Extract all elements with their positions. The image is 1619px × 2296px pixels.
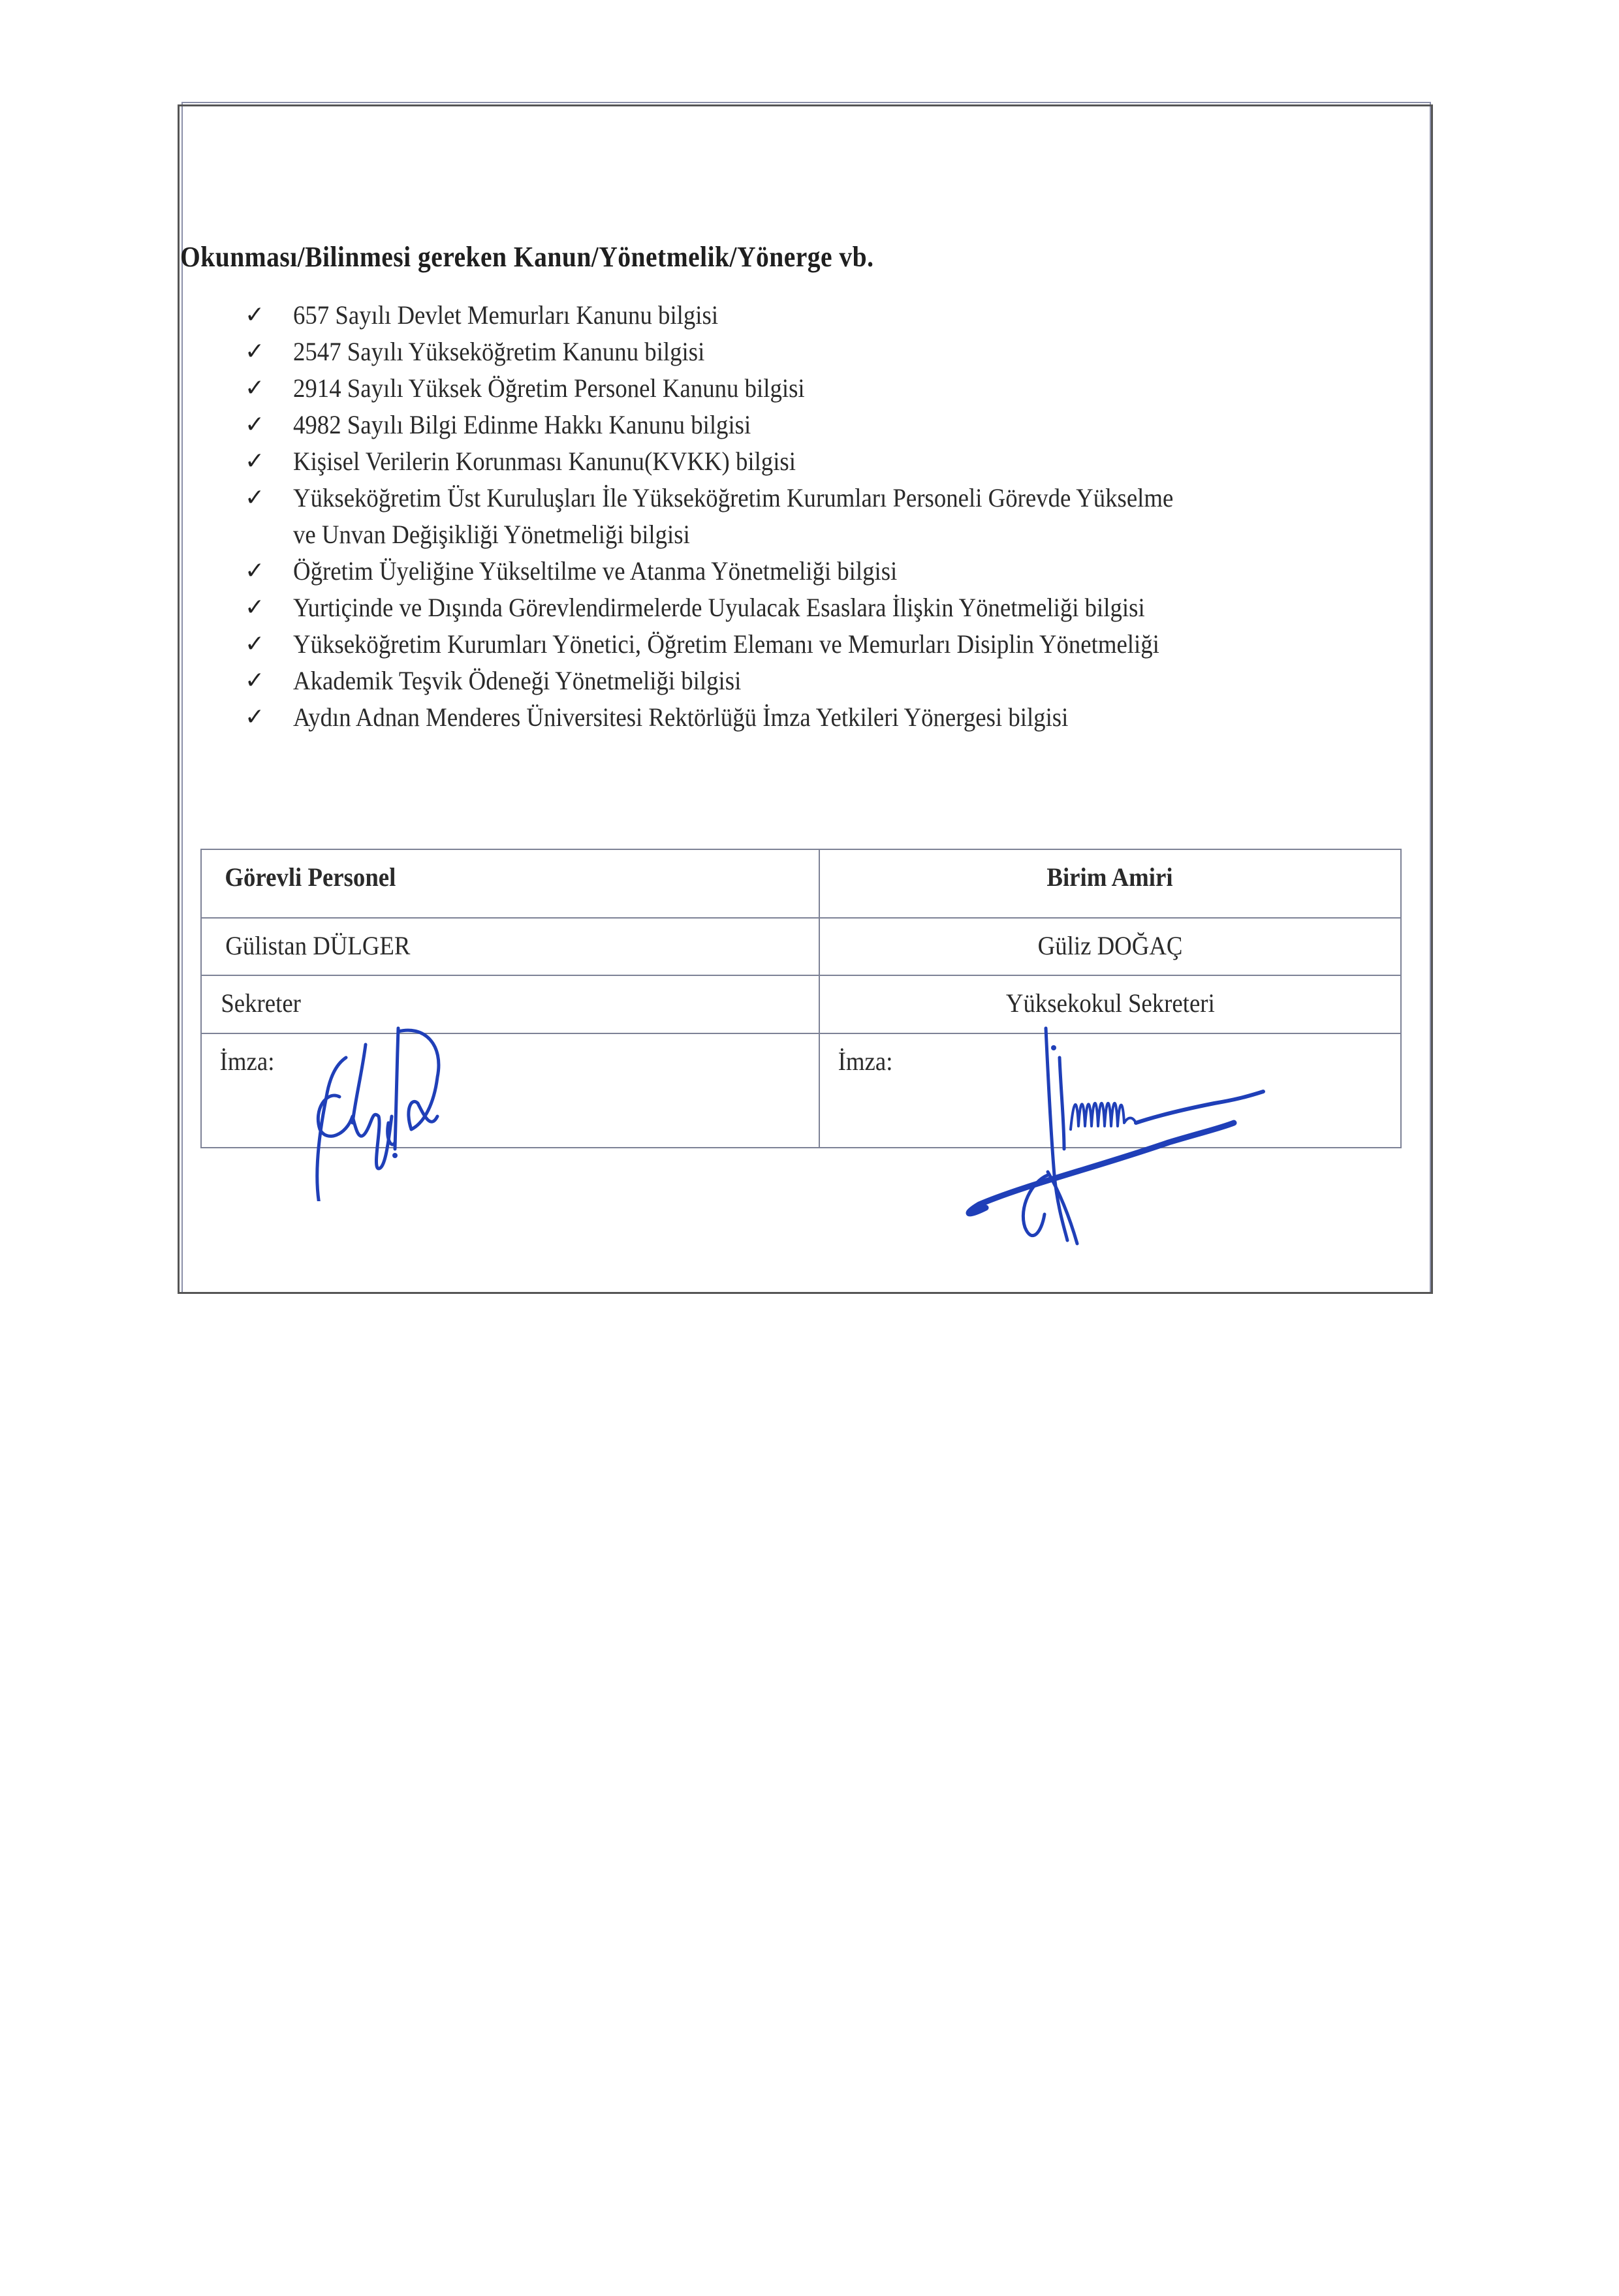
supervisor-name: Güliz DOĞAÇ: [1038, 930, 1183, 961]
list-item-text: 2914 Sayılı Yüksek Öğretim Personel Kanu…: [293, 370, 805, 407]
signature-table: Görevli Personel Birim Amiri Gülistan DÜ…: [200, 849, 1402, 1148]
section-title: Okunması/Bilinmesi gereken Kanun/Yönetme…: [180, 240, 874, 274]
list-item: ✓ Akademik Teşvik Ödeneği Yönetmeliği bi…: [245, 663, 1433, 699]
checkmark-icon: ✓: [245, 480, 264, 516]
supervisor-header-cell: Birim Amiri: [819, 849, 1401, 918]
list-item-text: Yükseköğretim Kurumları Yönetici, Öğreti…: [293, 626, 1159, 663]
list-item: ✓ Kişisel Verilerin Korunması Kanunu(KVK…: [245, 443, 1433, 480]
list-item: ✓ Yurtiçinde ve Dışında Görevlendirmeler…: [245, 590, 1433, 626]
checkmark-icon: ✓: [245, 297, 264, 334]
list-item-text: Kişisel Verilerin Korunması Kanunu(KVKK)…: [293, 443, 796, 480]
signature-table-signature-row: İmza: İmza:: [201, 1033, 1401, 1148]
list-item: ✓ Öğretim Üyeliğine Yükseltilme ve Atanm…: [245, 553, 1433, 590]
staff-header: Görevli Personel: [225, 862, 396, 892]
checkmark-icon: ✓: [245, 699, 264, 736]
list-item-text: Öğretim Üyeliğine Yükseltilme ve Atanma …: [293, 553, 897, 590]
staff-signature-label: İmza:: [220, 1046, 275, 1077]
checkmark-icon: ✓: [245, 663, 264, 699]
supervisor-title-cell: Yüksekokul Sekreteri: [819, 975, 1401, 1033]
list-item: ✓ Yükseköğretim Üst Kuruluşları İle Yüks…: [245, 480, 1433, 553]
staff-header-cell: Görevli Personel: [201, 849, 819, 918]
supervisor-header: Birim Amiri: [1047, 862, 1173, 892]
list-item: ✓ 657 Sayılı Devlet Memurları Kanunu bil…: [245, 297, 1433, 334]
list-item: ✓ 2547 Sayılı Yükseköğretim Kanunu bilgi…: [245, 334, 1433, 370]
regulation-checklist: ✓ 657 Sayılı Devlet Memurları Kanunu bil…: [245, 297, 1433, 736]
staff-title: Sekreter: [221, 988, 301, 1018]
list-item-text: 2547 Sayılı Yükseköğretim Kanunu bilgisi: [293, 334, 704, 370]
list-item: ✓ 4982 Sayılı Bilgi Edinme Hakkı Kanunu …: [245, 407, 1433, 443]
checkmark-icon: ✓: [245, 590, 264, 626]
staff-name-cell: Gülistan DÜLGER: [201, 918, 819, 975]
staff-signature-cell: İmza:: [201, 1033, 819, 1148]
checkmark-icon: ✓: [245, 626, 264, 663]
supervisor-title: Yüksekokul Sekreteri: [1006, 988, 1215, 1018]
checkmark-icon: ✓: [245, 370, 264, 407]
signature-table-title-row: Sekreter Yüksekokul Sekreteri: [201, 975, 1401, 1033]
checkmark-icon: ✓: [245, 407, 264, 443]
list-item-text: Akademik Teşvik Ödeneği Yönetmeliği bilg…: [293, 663, 741, 699]
list-item: ✓ Aydın Adnan Menderes Üniversitesi Rekt…: [245, 699, 1433, 736]
list-item: ✓ 2914 Sayılı Yüksek Öğretim Personel Ka…: [245, 370, 1433, 407]
checkmark-icon: ✓: [245, 553, 264, 590]
supervisor-signature-cell: İmza:: [819, 1033, 1401, 1148]
signature-table-name-row: Gülistan DÜLGER Güliz DOĞAÇ: [201, 918, 1401, 975]
list-item-text-continued: ve Unvan Değişikliği Yönetmeliği bilgisi: [293, 516, 1342, 553]
checkmark-icon: ✓: [245, 443, 264, 480]
signature-table-header-row: Görevli Personel Birim Amiri: [201, 849, 1401, 918]
supervisor-name-cell: Güliz DOĞAÇ: [819, 918, 1401, 975]
list-item: ✓ Yükseköğretim Kurumları Yönetici, Öğre…: [245, 626, 1433, 663]
staff-title-cell: Sekreter: [201, 975, 819, 1033]
checkmark-icon: ✓: [245, 334, 264, 370]
supervisor-signature-label: İmza:: [838, 1046, 893, 1077]
list-item-text: Yükseköğretim Üst Kuruluşları İle Yüksek…: [293, 480, 1342, 516]
list-item-text: Yurtiçinde ve Dışında Görevlendirmelerde…: [293, 590, 1145, 626]
list-item-text: 4982 Sayılı Bilgi Edinme Hakkı Kanunu bi…: [293, 407, 751, 443]
staff-name: Gülistan DÜLGER: [225, 930, 410, 961]
list-item-text: Aydın Adnan Menderes Üniversitesi Rektör…: [293, 699, 1068, 736]
list-item-text: 657 Sayılı Devlet Memurları Kanunu bilgi…: [293, 297, 718, 334]
